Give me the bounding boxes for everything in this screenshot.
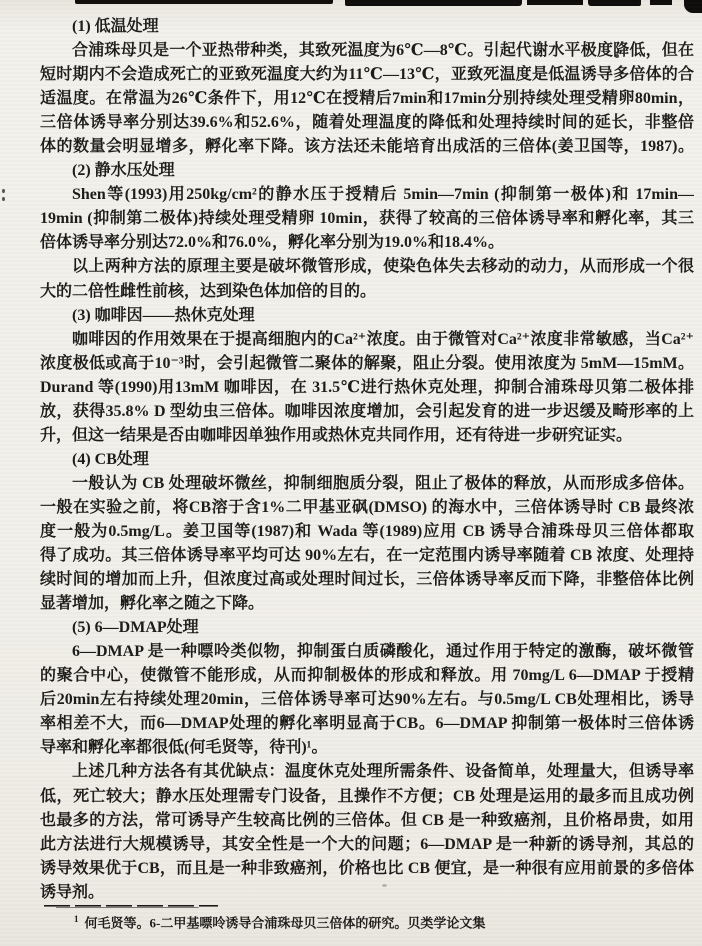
scan-artifact-top-bar <box>650 0 672 5</box>
text-line: 度一般为0.5mg/L。姜卫国等(1987)和 Wada 等(1989)应用 C… <box>40 520 694 544</box>
text-line: 6—DMAP 是一种嘌呤类似物，抑制蛋白质磷酸化，通过作用于特定的激酶，破坏微管 <box>40 640 694 664</box>
text-line: 上述几种方法各有其优缺点：温度休克处理所需条件、设备简单，处理量大，但诱导率 <box>40 760 694 784</box>
text-line: 一般在实验之前，将CB溶于含1%二甲基亚砜(DMSO) 的海水中，三倍体诱导时 … <box>40 496 694 520</box>
scan-artifact-top-bar <box>588 0 641 6</box>
section-heading: (2) 静水压处理 <box>40 159 694 183</box>
scan-artifact-speck <box>2 197 5 201</box>
text-line: 一般认为 CB 处理破坏微丝，抑制细胞质分裂，阻止了极体的释放，从而形成多倍体。 <box>40 472 694 496</box>
text-line: 升，但这一结果是否由咖啡因单独作用或热休克共同作用，还有待进一步研究证实。 <box>40 424 694 448</box>
text-line: 大的二倍性雌性前核，达到染色体加倍的目的。 <box>40 280 694 304</box>
text-line: 诱导剂。 <box>40 881 694 905</box>
scanned-page: (1) 低温处理合浦珠母贝是一个亚热带种类，其致死温度为6℃—8℃。引起代谢水平… <box>0 0 702 946</box>
text-line: 诱导效果优于CB，而且是一种非致癌剂，价格也比 CB 便宜，是一种很有应用前景的… <box>40 857 694 881</box>
text-line: 19min (抑制第二极体)持续处理受精卵 10min，获得了较高的三倍体诱导率… <box>40 207 694 231</box>
section-heading: (1) 低温处理 <box>40 15 694 39</box>
text-line: 续时间的增加而上升，但浓度过高或处理时间过长，三倍体诱导率反而下降，非整倍体比例 <box>40 568 694 592</box>
text-line: 后20min左右持续处理20min，三倍体诱导率可达90%左右。与0.5mg/L… <box>40 688 694 712</box>
text-line: 倍体诱导率分别达72.0%和76.0%，孵化率分别为19.0%和18.4%。 <box>40 231 694 255</box>
text-line: 咖啡因的作用效果在于提高细胞内的Ca²⁺浓度。由于微管对Ca²⁺浓度非常敏感，当… <box>40 328 694 352</box>
scan-artifact-top-bar <box>345 0 522 6</box>
footnote-divider <box>44 905 218 908</box>
scan-artifact-speck <box>2 189 5 193</box>
text-line: 体的数量会明显增多，孵化率下降。该方法还未能培育出成活的三倍体(姜卫国等，198… <box>40 135 694 159</box>
scan-artifact-corner-blob <box>684 0 702 13</box>
section-heading: (3) 咖啡因——热休克处理 <box>40 304 694 328</box>
text-line: 合浦珠母贝是一个亚热带种类，其致死温度为6℃—8℃。引起代谢水平极度降低，但在 <box>40 39 694 63</box>
text-line: 得了成功。其三倍体诱导率平均可达 90%左右，在一定范围内诱导率随着 CB 浓度… <box>40 544 694 568</box>
scan-artifact-top-bar <box>527 0 583 5</box>
text-line: 此方法进行大规模诱导，其安全性是一个大的问题；6—DMAP 是一种新的诱导剂，其… <box>40 833 694 857</box>
text-line: Durand 等(1990)用13mM 咖啡因，在 31.5℃进行热休克处理，抑… <box>40 376 694 400</box>
text-line: 也最多的方法，常可诱导产生较高比例的三倍体。但 CB 是一种致癌剂，且价格昂贵，… <box>40 809 694 833</box>
footnote: 1何毛贤等。6-二甲基嘌呤诱导合浦珠母贝三倍体的研究。贝类学论文集 <box>40 911 694 931</box>
text-line: 的聚合中心，使微管不能形成，从而抑制极体的形成和释放。用 70mg/L 6—DM… <box>40 664 694 688</box>
text-line: 以上两种方法的原理主要是破坏微管形成，使染色体失去移动的动力，从而形成一个很 <box>40 255 694 279</box>
text-line: 适温度。在常温为26℃条件下，用12℃在授精后7min和17min分别持续处理受… <box>40 87 694 111</box>
text-line: 浓度极低或高于10⁻³时，会引起微管二聚体的解聚，阻止分裂。使用浓度为 5mM—… <box>40 352 694 376</box>
document-body: (1) 低温处理合浦珠母贝是一个亚热带种类，其致死温度为6℃—8℃。引起代谢水平… <box>40 15 694 905</box>
scan-artifact-top-bar <box>75 0 333 4</box>
text-line: 短时期内不会造成死亡的亚致死温度大约为11℃—13℃，亚致死温度是低温诱导多倍体… <box>40 63 694 87</box>
text-line: Shen等(1993)用250kg/cm²的静水压于授精后 5min—7min … <box>40 183 694 207</box>
text-line: 低，死亡较大；静水压处理需专门设备，且操作不方便；CB 处理是运用的最多而且成功… <box>40 785 694 809</box>
text-line: 导率和孵化率都很低(何毛贤等，待刊)¹。 <box>40 736 694 760</box>
text-line: 三倍体诱导率分别达39.6%和52.6%，随着处理温度的降低和处理持续时间的延长… <box>40 111 694 135</box>
text-line: 显著增加，孵化率之随之下降。 <box>40 592 694 616</box>
footnote-text: 何毛贤等。6-二甲基嘌呤诱导合浦珠母贝三倍体的研究。贝类学论文集 <box>85 915 486 930</box>
section-heading: (5) 6—DMAP处理 <box>40 616 694 640</box>
text-line: 放，获得35.8% D 型幼虫三倍体。咖啡因浓度增加，会引起发育的进一步迟缓及畸… <box>40 400 694 424</box>
footnote-marker: 1 <box>74 914 79 924</box>
text-line: 率相差不大，而6—DMAP处理的孵化率明显高于CB。6—DMAP 抑制第一极体时… <box>40 712 694 736</box>
section-heading: (4) CB处理 <box>40 448 694 472</box>
